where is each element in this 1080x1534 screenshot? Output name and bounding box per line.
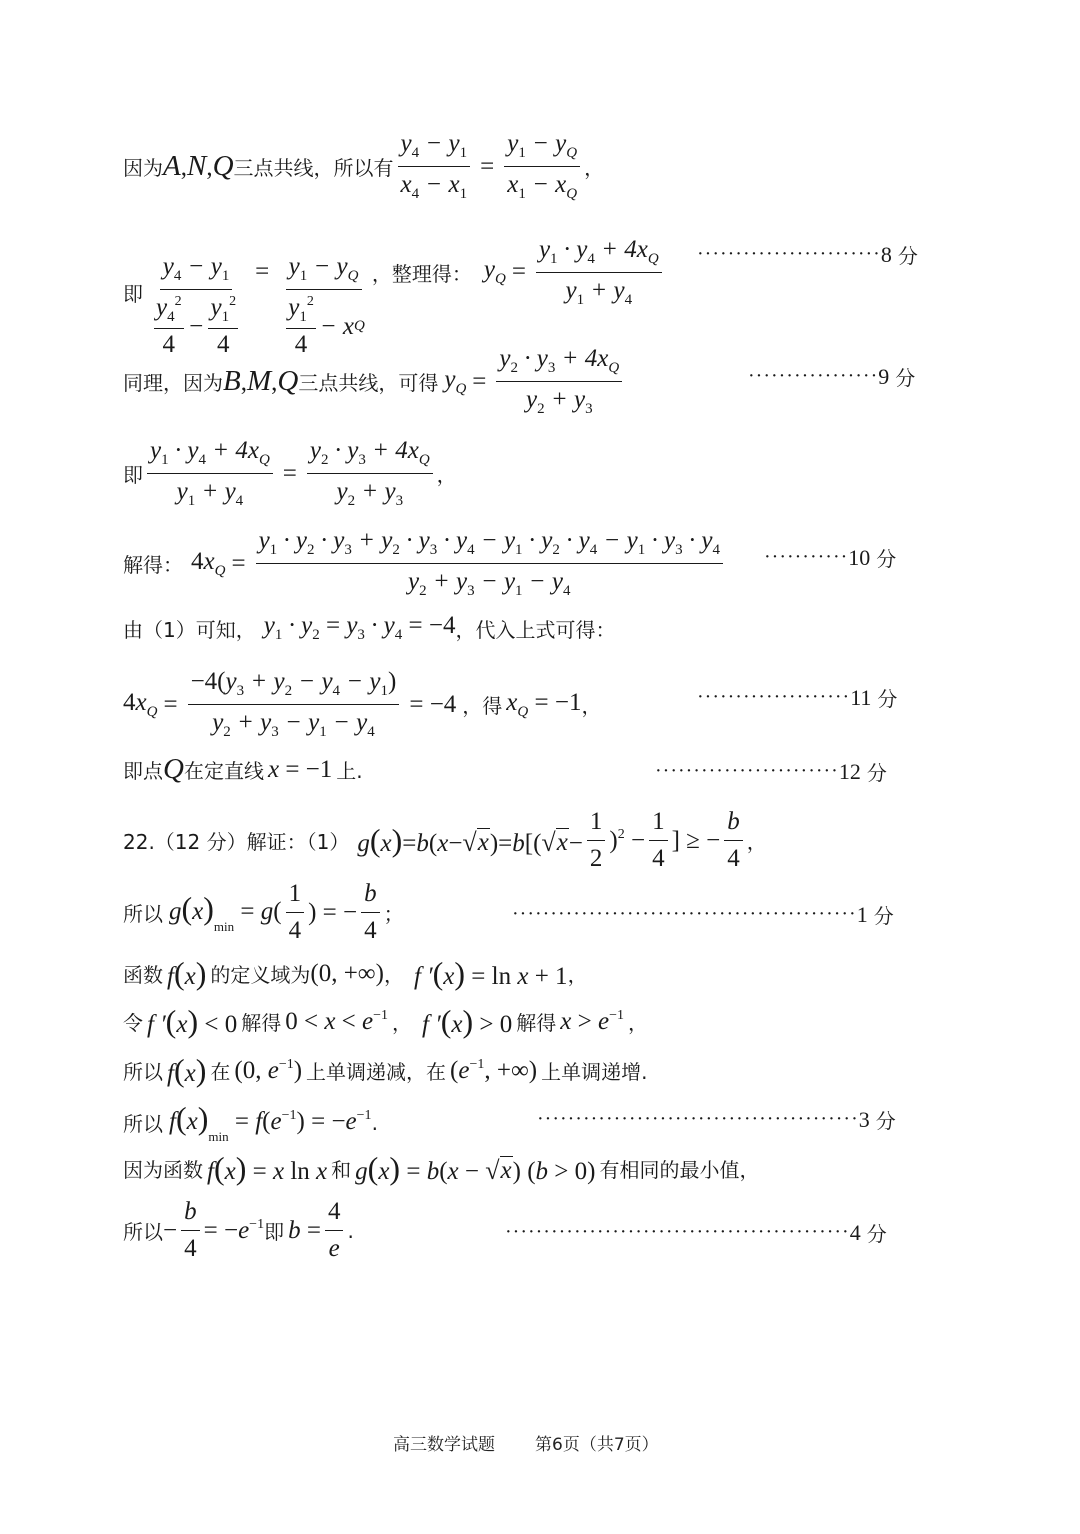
fraction: y2 · y3 + 4xQy2 + y3 [307, 437, 433, 510]
line-fixed-line: 即点 Q 在定直线 x = −1 上. [123, 753, 363, 786]
punct: ， [584, 152, 604, 181]
score-marker: ························8分 [697, 240, 918, 269]
line-solve-4xQ: 解得： 4xQ= y1 · y2 · y3 + y2 · y3 · y4 − y… [123, 527, 727, 600]
question-number: 22.（12 分）解证：（1） [123, 826, 349, 855]
line-from-part1: 由（1）可知， y1 · y2 = y3 · y4 = −4 ，代入上式可得： [123, 612, 615, 644]
score-marker: ·················9分 [748, 362, 915, 391]
page-footer: 高三数学试题 第6页（共7页） [393, 1430, 659, 1455]
score-marker: ····················11分 [697, 683, 897, 712]
line-monotonic-cond: 令 f ′(x) < 0 解得 0 < x < e−1 ， f ′(x) > 0… [123, 1003, 648, 1040]
line-f-min-value: 所以 f(x)min = f(e−1) = −e−1 . [123, 1100, 378, 1145]
fraction: y1 · y2 · y3 + y2 · y3 · y4 − y1 · y2 · … [256, 527, 723, 600]
line-equate: 即 y1 · y4 + 4xQy1 + y4 = y2 · y3 + 4xQy2… [123, 437, 457, 510]
line-collinear-ANQ: 因为 A,N,Q 三点共线，所以有 y4 − y1x4 − x1 = y1 − … [123, 130, 604, 203]
line-q22-g-min: 22.（12 分）解证：（1） g(x)=b(x−√x)=b[(√x− 12 )… [123, 808, 767, 873]
text: 令 [123, 1007, 143, 1036]
text: 的定义域为 [210, 959, 310, 988]
fraction: y1 − yQ y124− xQ [279, 253, 368, 359]
text: 所以 [123, 1108, 163, 1137]
math-points: A,N,Q [163, 150, 234, 183]
text: 即 [123, 459, 143, 488]
text: ，代入上式可得： [455, 614, 615, 643]
line-monotonic-intervals: 所以 f(x) 在 (0, e−1) 上单调递减，在 (e−1, +∞) 上单调… [123, 1052, 648, 1089]
footer-title: 高三数学试题 [393, 1430, 495, 1455]
text: 即点 [123, 755, 163, 784]
text: 函数 [123, 959, 163, 988]
text: 同理，因为 [123, 367, 223, 396]
math-points: B,M,Q [223, 365, 298, 398]
text: ，整理得： [372, 258, 472, 287]
score-marker: ························12分 [655, 757, 887, 786]
line-f-domain: 函数 f(x) 的定义域为 (0, +∞) ， f ′(x) = ln x + … [123, 955, 588, 992]
line-b-value: 所以 − b4 = −e−1 即 b = 4e . [123, 1198, 354, 1263]
line-g-min-value: 所以 g(x)min = g( 14 ) = − b4 ； [123, 880, 404, 945]
text: 由（1）可知， [123, 614, 256, 643]
score-marker: ········································… [505, 1218, 887, 1247]
text: 在定直线 [184, 755, 264, 784]
text: 即 [123, 278, 143, 307]
line-same-minimum: 因为函数 f(x) = x ln x 和 g(x) = b(x − √x) (b… [123, 1150, 759, 1187]
line-xQ-result: 4xQ= −4(y3 + y2 − y4 − y1)y2 + y3 − y1 −… [123, 668, 601, 741]
text: 因为函数 [123, 1154, 203, 1183]
line-simplify: 即 y4 − y1 y424−y124 = y1 − yQ y124− xQ ，… [123, 225, 666, 359]
text: 三点共线，可得 [298, 367, 438, 396]
score-marker: ···········10分 [764, 543, 896, 572]
text: 所以 [123, 1056, 163, 1085]
line-collinear-BMQ: 同理，因为 B,M,Q 三点共线，可得 yQ= y2 · y3 + 4xQy2 … [123, 345, 626, 418]
fraction: y1 · y4 + 4xQy1 + y4 [147, 437, 273, 510]
fraction: y2 · y3 + 4xQy2 + y3 [496, 345, 622, 418]
score-marker: ········································… [537, 1105, 896, 1134]
score-marker: ········································… [512, 900, 894, 929]
fraction: y1 · y4 + 4xQy1 + y4 [536, 236, 662, 309]
text: 上. [336, 755, 362, 784]
fraction: y4 − y1x4 − x1 [398, 130, 471, 203]
fraction: y1 − yQx1 − xQ [504, 130, 580, 203]
text: 三点共线，所以有 [234, 152, 394, 181]
text: 解得： [123, 549, 183, 578]
footer-page-info: 第6页（共7页） [535, 1430, 659, 1455]
fraction: y4 − y1 y424−y124 [147, 253, 245, 359]
text: 因为 [123, 152, 163, 181]
text: ，得 [462, 690, 502, 719]
fraction: −4(y3 + y2 − y4 − y1)y2 + y3 − y1 − y4 [188, 668, 400, 741]
text: 所以 [123, 1216, 163, 1245]
text: 所以 [123, 898, 163, 927]
